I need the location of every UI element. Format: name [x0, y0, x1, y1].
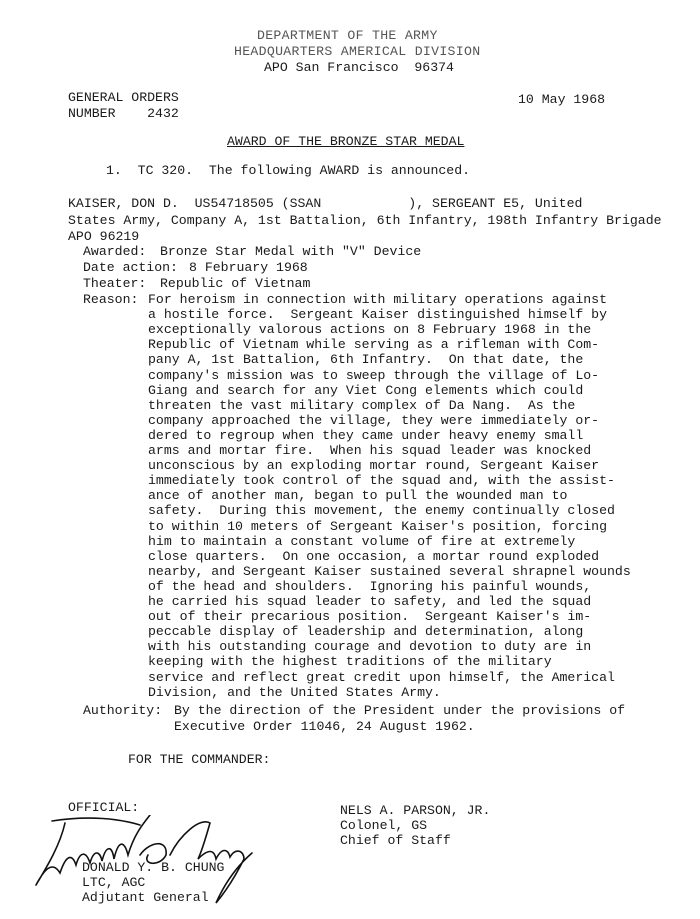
reason-line: immediately took control of the squad an…	[148, 473, 615, 489]
reason-line: company's mission was to sweep through t…	[148, 368, 599, 384]
reason-line: peccable display of leadership and deter…	[148, 624, 583, 640]
for-the-commander: FOR THE COMMANDER:	[128, 752, 270, 768]
reason-line: pany A, 1st Battalion, 6th Infantry. On …	[148, 352, 583, 368]
authority-label: Authority:	[83, 703, 162, 719]
reason-label: Reason:	[83, 292, 138, 308]
reason-line: unconscious by an exploding mortar round…	[148, 458, 599, 474]
awarded-label: Awarded:	[83, 244, 146, 260]
left-signatory-name: DONALD Y. B. CHUNG	[82, 860, 224, 876]
reason-line: a hostile force. Sergeant Kaiser disting…	[148, 307, 607, 323]
authority-line-1: By the direction of the President under …	[174, 703, 625, 719]
reason-line: him to maintain a constant volume of fir…	[148, 534, 575, 550]
reason-line: with his outstanding courage and devotio…	[148, 639, 591, 655]
authority-line-2: Executive Order 11046, 24 August 1962.	[174, 719, 475, 735]
reason-line: he carried his squad leader to safety, a…	[148, 594, 591, 610]
letterhead-department: DEPARTMENT OF THE ARMY	[257, 28, 438, 44]
letterhead-apo: APO San Francisco 96374	[264, 60, 454, 76]
reason-line: arms and mortar fire. When his squad lea…	[148, 443, 591, 459]
official-label: OFFICIAL:	[68, 800, 139, 816]
recipient-line-2: States Army, Company A, 1st Battalion, 6…	[68, 213, 662, 229]
reason-line: service and reflect great credit upon hi…	[148, 670, 615, 686]
right-signatory-rank: Colonel, GS	[340, 818, 427, 834]
letterhead-headquarters: HEADQUARTERS AMERICAL DIVISION	[234, 44, 480, 60]
order-number: NUMBER 2432	[68, 106, 179, 122]
reason-line: of the head and shoulders. Ignoring his …	[148, 579, 591, 595]
left-signatory-rank: LTC, AGC	[82, 875, 145, 891]
intro-line: 1. TC 320. The following AWARD is announ…	[106, 163, 470, 179]
reason-line: company approached the village, they wer…	[148, 413, 599, 429]
reason-line: keeping with the highest traditions of t…	[148, 654, 552, 670]
document-title: AWARD OF THE BRONZE STAR MEDAL	[227, 134, 464, 150]
reason-line: dered to regroup when they came under he…	[148, 428, 583, 444]
reason-line: close quarters. On one occasion, a morta…	[148, 549, 599, 565]
reason-line: For heroism in connection with military …	[148, 292, 607, 308]
right-signatory-title: Chief of Staff	[340, 833, 451, 849]
recipient-line-1: KAISER, DON D. US54718505 (SSAN ), SERGE…	[68, 196, 582, 212]
reason-line: out of their precarious position. Sergea…	[148, 609, 591, 625]
order-date: 10 May 1968	[518, 92, 605, 108]
date-action-label: Date action:	[83, 260, 178, 276]
reason-line: Division, and the United States Army.	[148, 685, 441, 701]
reason-line: safety. During this movement, the enemy …	[148, 503, 615, 519]
reason-line: threaten the vast military complex of Da…	[148, 398, 575, 414]
date-action-value: 8 February 1968	[189, 260, 308, 276]
reason-line: to within 10 meters of Sergeant Kaiser's…	[148, 519, 607, 535]
reason-line: Giang and search for any Viet Cong eleme…	[148, 383, 583, 399]
reason-line: nearby, and Sergeant Kaiser sustained se…	[148, 564, 631, 580]
theater-value: Republic of Vietnam	[160, 276, 310, 292]
reason-line: ance of another man, began to pull the w…	[148, 488, 567, 504]
right-signatory-name: NELS A. PARSON, JR.	[340, 803, 490, 819]
awarded-value: Bronze Star Medal with "V" Device	[160, 244, 421, 260]
recipient-line-3: APO 96219	[68, 229, 139, 245]
general-orders-label: GENERAL ORDERS	[68, 90, 179, 106]
reason-line: exceptionally valorous actions on 8 Febr…	[148, 322, 591, 338]
left-signatory-title: Adjutant General	[82, 890, 209, 906]
reason-line: Republic of Vietnam while serving as a r…	[148, 337, 599, 353]
theater-label: Theater:	[83, 276, 146, 292]
